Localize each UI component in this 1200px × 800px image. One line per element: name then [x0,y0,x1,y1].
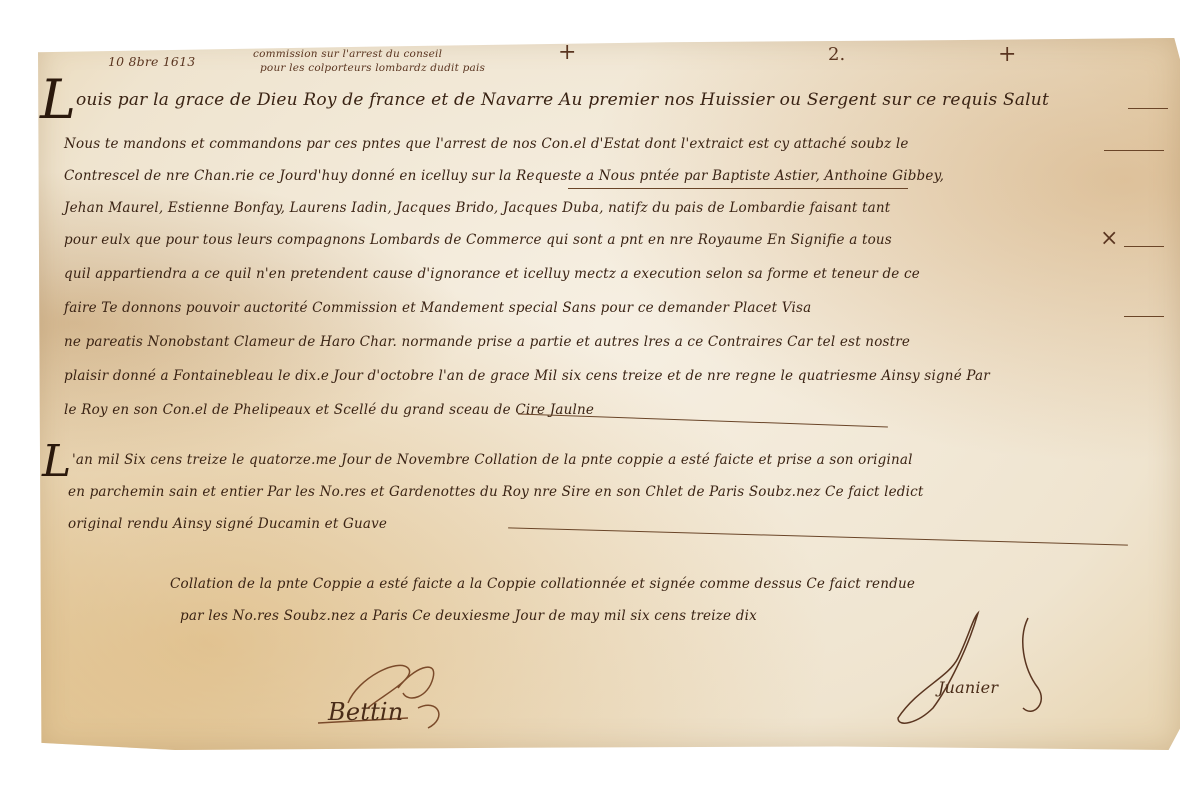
signature-right: Juanier [938,678,998,697]
body-line-8: ne pareatis Nonobstant Clameur de Haro C… [64,334,910,350]
cross-mark-left: + [558,40,576,65]
cross-mark-right: + [998,42,1016,67]
body-line-1: ouis par la grace de Dieu Roy de france … [76,90,1049,110]
marginal-date: 10 8bre 1613 [108,54,195,69]
signature-left: Bettin [328,698,403,726]
line-filler-rule [1124,316,1164,317]
closing-rule [518,414,888,428]
underline-rule [568,188,908,189]
second-collation-line-1: Collation de la pnte Coppie a esté faict… [170,576,915,592]
body-line-5: pour eulx que pour tous leurs compagnons… [64,232,892,248]
body-line-9: plaisir donné a Fontainebleau le dix.e J… [64,368,990,384]
body-line-4: Jehan Maurel, Estienne Bonfay, Laurens I… [64,200,890,216]
body-line-3: Contrescel de nre Chan.rie ce Jourd'huy … [64,168,944,184]
collation-line-3: original rendu Ainsy signé Ducamin et Gu… [68,516,387,532]
second-collation-line-2: par les No.res Soubz.nez a Paris Ce deux… [180,608,757,624]
body-line-6: quil appartiendra a ce quil n'en pretend… [64,266,920,282]
marginal-note-line-2: pour les colporteurs lombardz dudit pais [260,62,485,74]
collation-line-2: en parchemin sain et entier Par les No.r… [68,484,924,500]
collation-initial: L [42,436,71,487]
line-filler-rule [1128,108,1168,109]
body-line-2: Nous te mandons et commandons par ces pn… [64,136,909,152]
side-x-mark: × [1100,226,1118,251]
heading-initial: L [40,68,76,131]
marginal-note-line-1: commission sur l'arrest du conseil [253,48,442,60]
body-line-7: faire Te donnons pouvoir auctorité Commi… [64,300,811,316]
body-line-10: le Roy en son Con.el de Phelipeaux et Sc… [64,402,594,418]
line-filler-rule [1104,150,1164,151]
parchment-document: 10 8bre 1613 commission sur l'arrest du … [38,38,1180,750]
collation-line-1: 'an mil Six cens treize le quatorze.me J… [72,452,913,468]
collation-rule [508,527,1128,545]
line-filler-rule [1124,246,1164,247]
folio-number: 2. [828,44,845,65]
